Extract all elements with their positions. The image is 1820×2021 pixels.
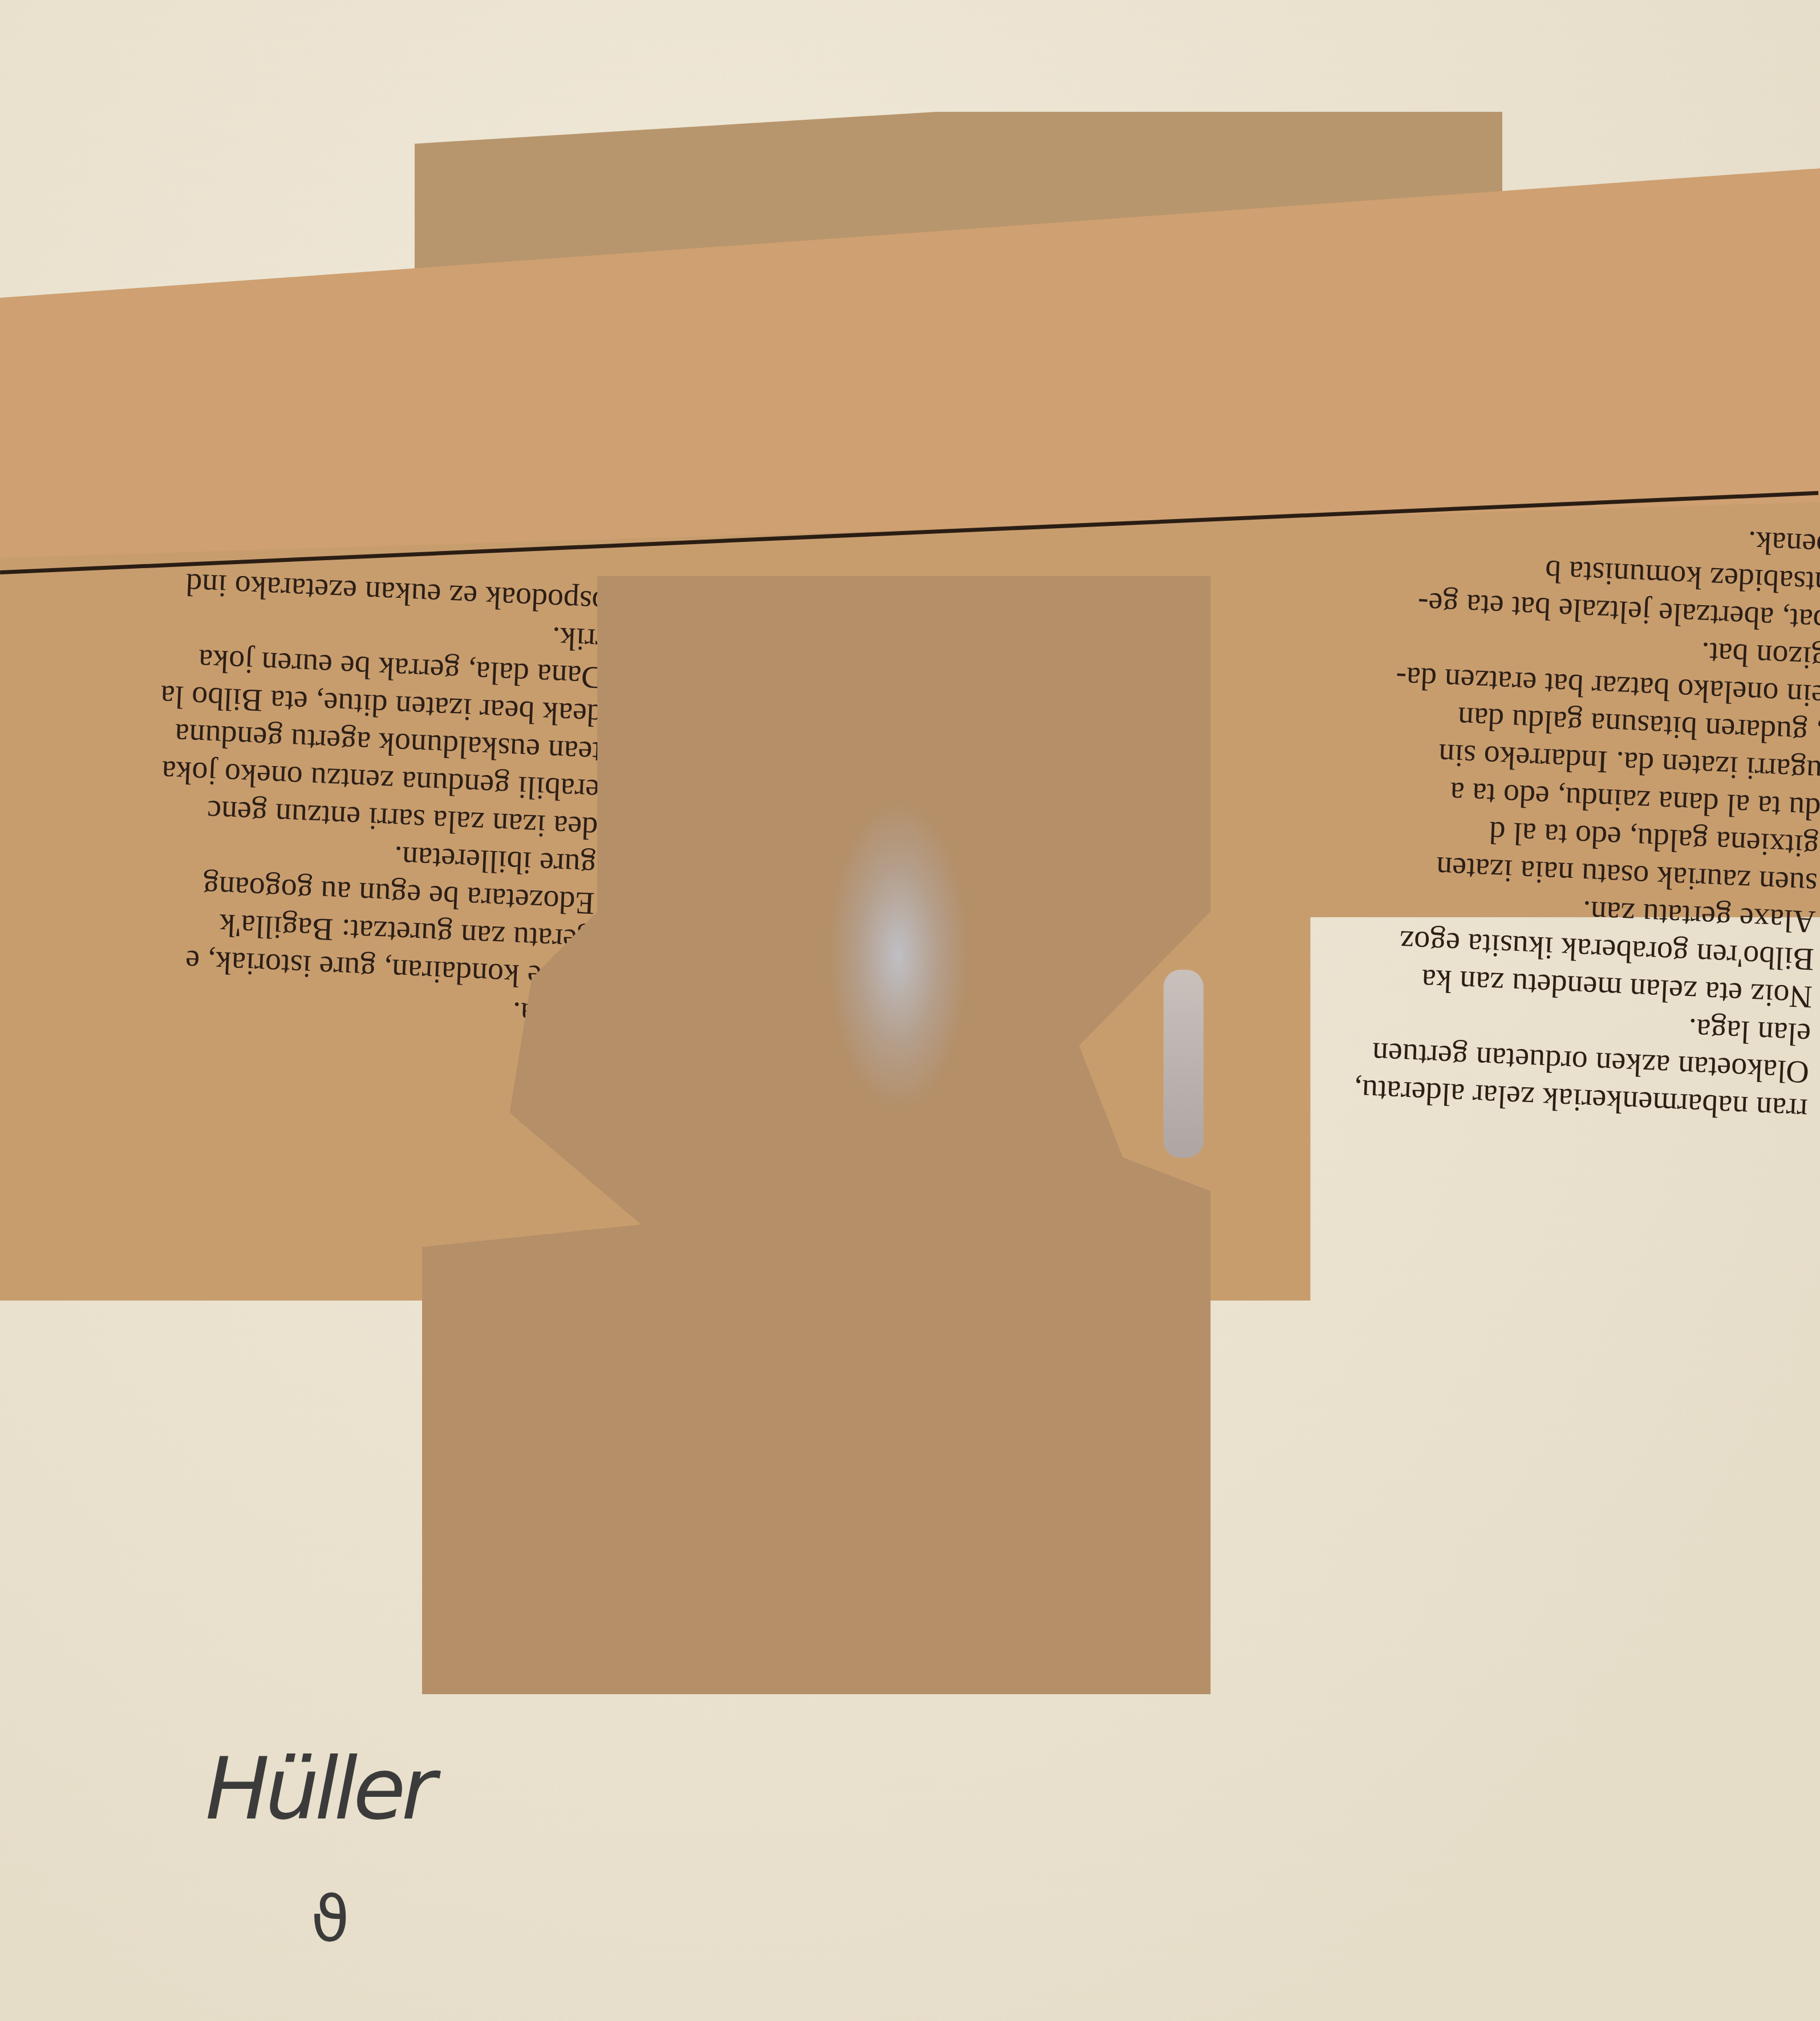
artist-signature: Hüller <box>205 1740 432 1839</box>
silver-paint-mark <box>827 799 970 1112</box>
newspaper-text-right: rran nabarmenkeriak zelar alderatu, Olak… <box>1202 500 1820 1128</box>
monogram-mark: ϑ <box>311 1882 350 1955</box>
newspaper-text-left: itzala. Gure kondairan, gure istoriak, e… <box>0 557 609 1035</box>
silver-paint-streak <box>1164 970 1203 1158</box>
